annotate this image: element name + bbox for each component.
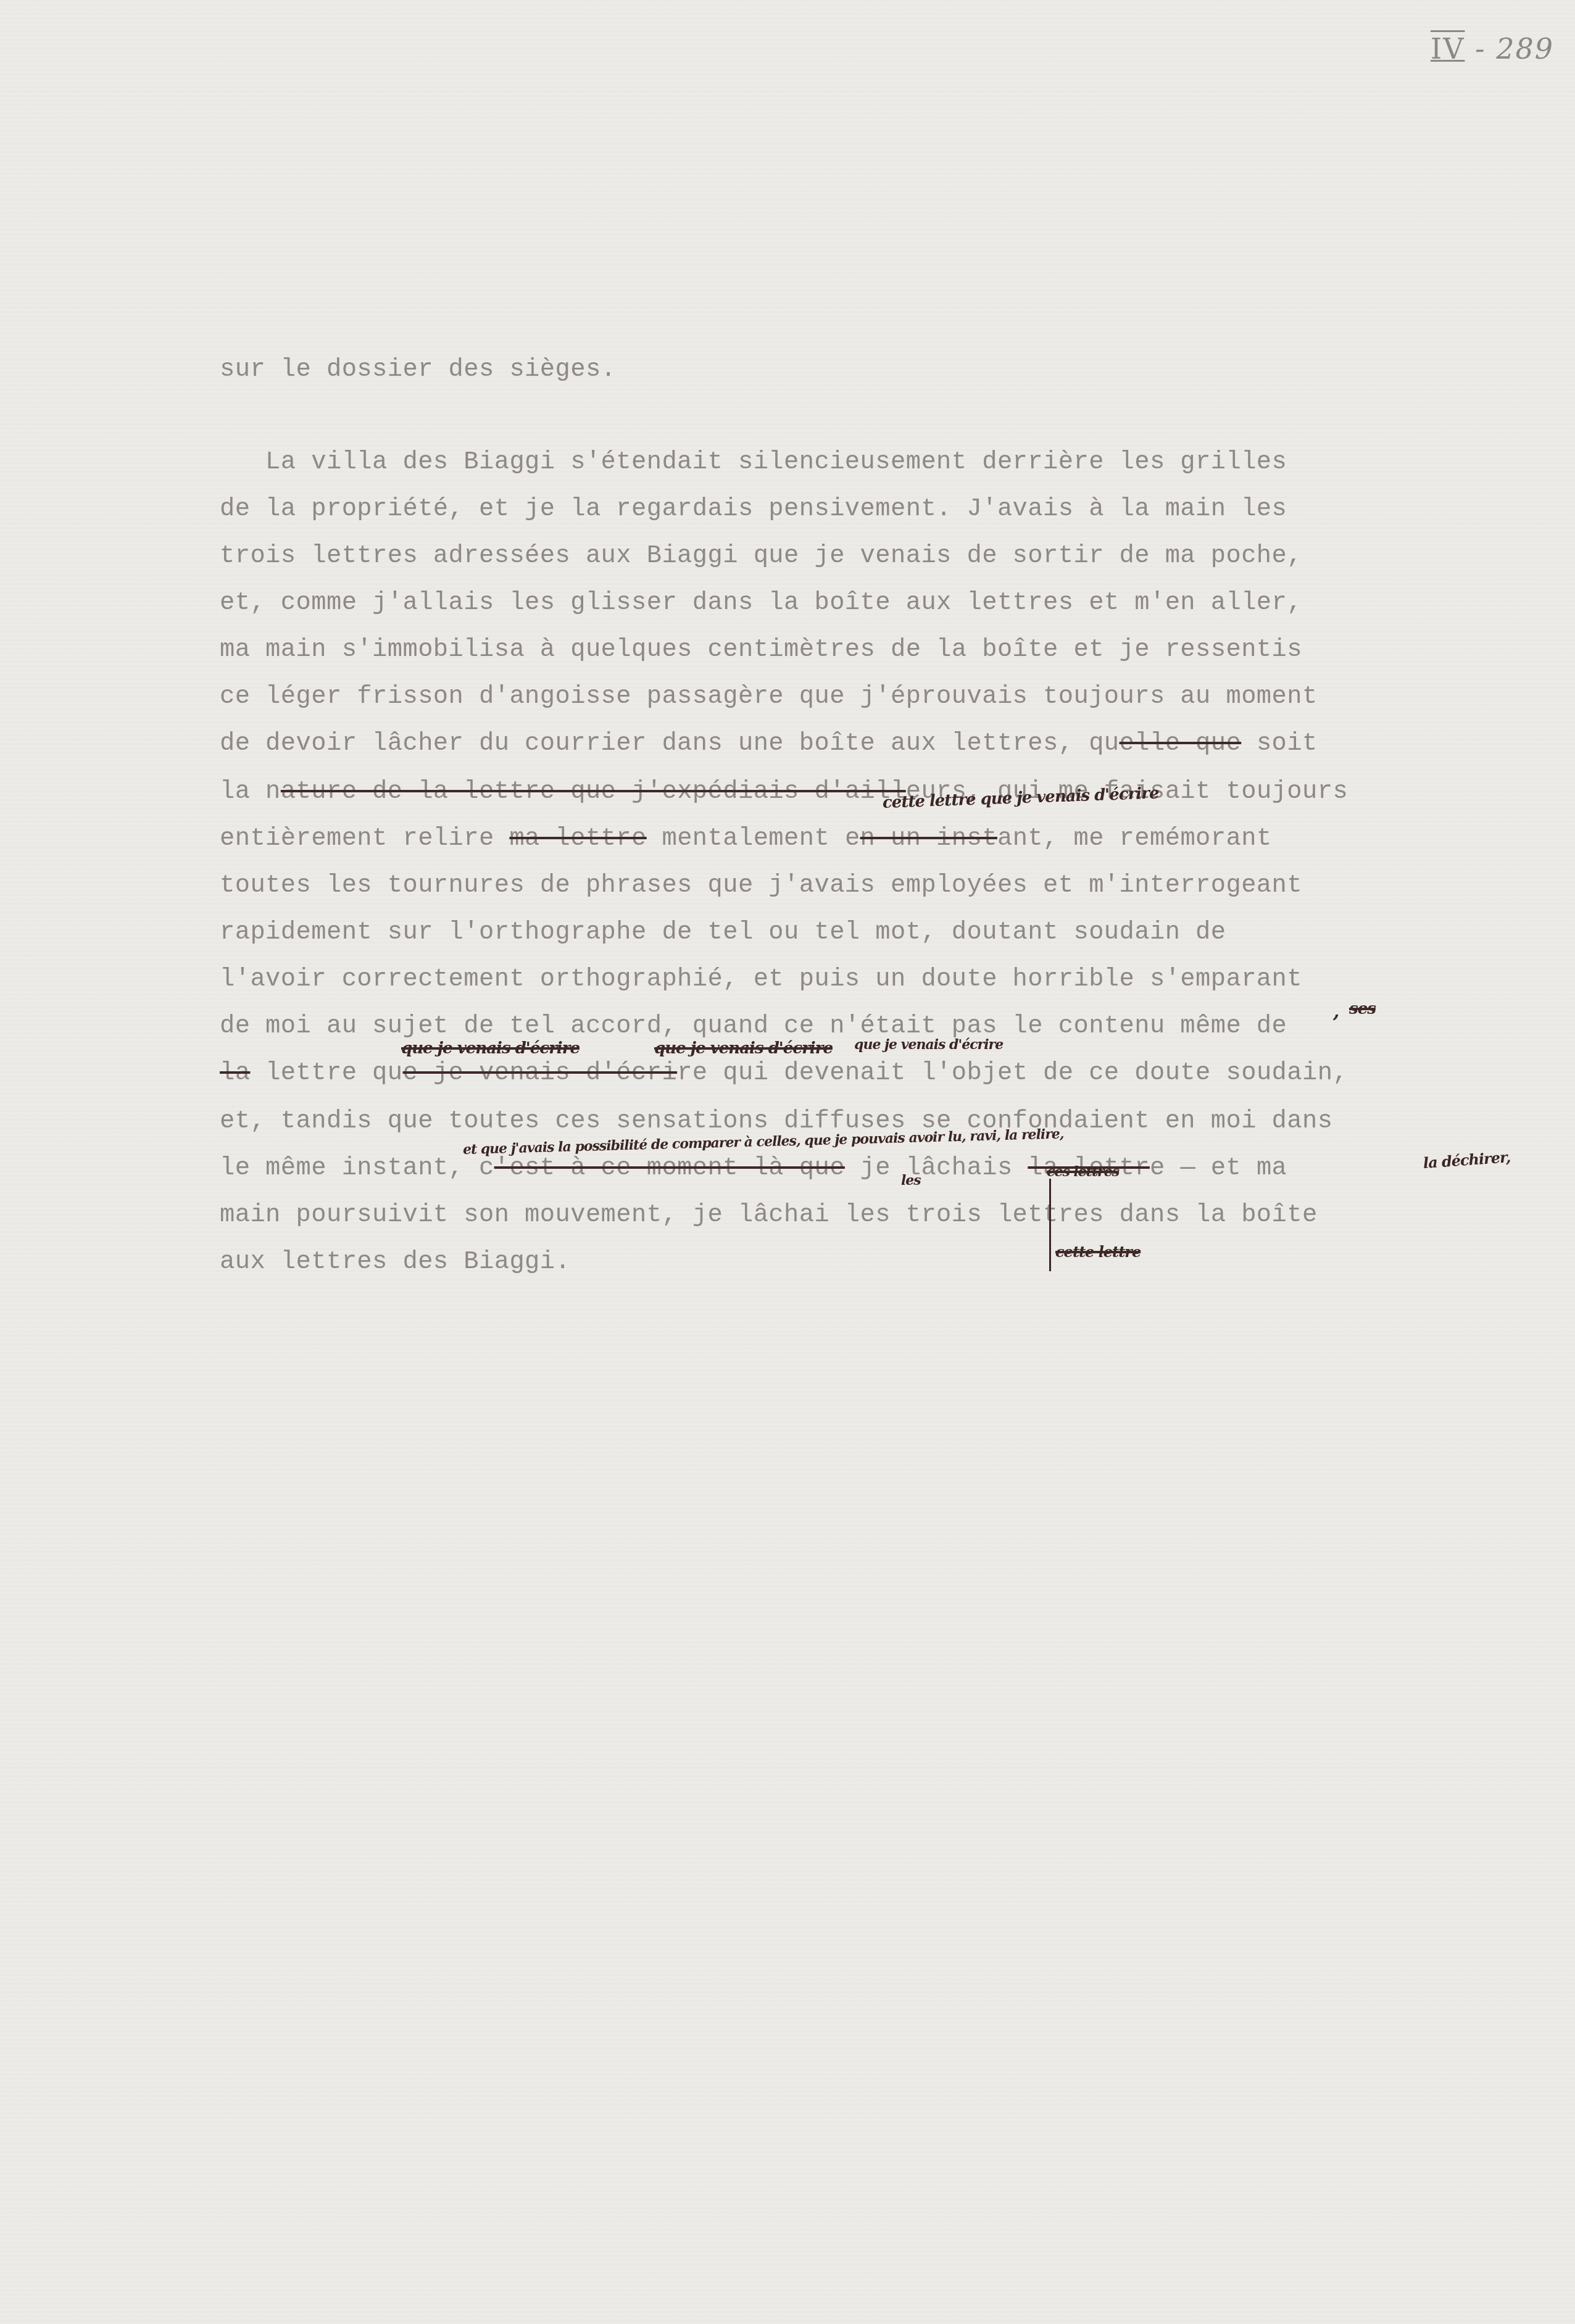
typed-text: ce léger frisson d'angoisse passagère qu… <box>220 683 1318 711</box>
folio-page: 289 <box>1496 32 1554 65</box>
typed-line: la nature de la lettre que j'expédiais d… <box>220 778 1348 806</box>
typed-line: entièrement relire ma lettre mentalement… <box>220 824 1272 853</box>
typed-text: soit <box>1241 729 1318 758</box>
typed-text: sur le dossier des sièges. <box>220 355 616 384</box>
typed-text: lettre qu <box>250 1059 402 1087</box>
typed-text: aux lettres des Biaggi. <box>220 1248 570 1276</box>
typed-text: e — et ma <box>1150 1154 1287 1182</box>
annotation-below-line-18-struck: cette lettre <box>1055 1243 1141 1261</box>
annotation-above-line-15: que je venais d'écrire <box>854 1037 1003 1053</box>
typed-text: de devoir lâcher du courrier dans une bo… <box>220 729 1120 758</box>
typed-text: et, comme j'allais les glisser dans la b… <box>220 589 1302 617</box>
struck-text: n un inst <box>860 824 997 853</box>
typed-text: mentalement e <box>647 824 860 853</box>
typed-text: de moi au sujet de tel accord, quand ce … <box>220 1012 1287 1040</box>
typed-line: trois lettres adressées aux Biaggi que j… <box>220 542 1302 570</box>
struck-text: ature de la lettre que j'expédiais d'ail… <box>281 778 906 806</box>
struck-text: e je venais d'écri <box>402 1059 677 1087</box>
typed-text: ma main s'immobilisa à quelques centimèt… <box>220 636 1302 664</box>
annotation-below-line-17-les: les <box>901 1172 921 1189</box>
typed-text: main poursuivit son mouvement, je lâchai… <box>220 1201 1318 1229</box>
typed-text: la n <box>220 778 281 806</box>
typed-line: l'avoir correctement orthographié, et pu… <box>220 965 1302 994</box>
typed-line: sur le dossier des sièges. <box>220 355 616 384</box>
folio-dash: - <box>1475 32 1486 65</box>
typed-line: toutes les tournures de phrases que j'av… <box>220 871 1302 900</box>
typed-text: ant, me remémorant <box>997 824 1272 853</box>
typed-line: La villa des Biaggi s'étendait silencieu… <box>220 448 1287 476</box>
struck-text: 'est à ce moment-là que <box>494 1154 845 1182</box>
annotation-right-margin-line-17: la déchirer, <box>1423 1148 1511 1172</box>
typed-text: le même instant, c <box>220 1154 494 1182</box>
typed-text: La villa des Biaggi s'étendait silencieu… <box>220 448 1287 476</box>
typed-text: entièrement relire <box>220 824 509 853</box>
annotation-above-line-15-struck-2: que je venais d'écrire <box>654 1039 833 1058</box>
folio-volume: IV <box>1431 32 1465 65</box>
struck-text: elle que <box>1120 729 1242 758</box>
typed-line: de moi au sujet de tel accord, quand ce … <box>220 1012 1287 1040</box>
typed-line: la lettre que je venais d'écrire qui dev… <box>220 1059 1348 1087</box>
typed-line: et, tandis que toutes ces sensations dif… <box>220 1107 1332 1135</box>
annotation-below-line-17-struck: ces lettres <box>1047 1164 1119 1180</box>
typed-line: main poursuivit son mouvement, je lâchai… <box>220 1201 1318 1229</box>
typed-line: ce léger frisson d'angoisse passagère qu… <box>220 683 1318 711</box>
typed-line: rapidement sur l'orthographe de tel ou t… <box>220 918 1226 947</box>
typed-line: et, comme j'allais les glisser dans la b… <box>220 589 1302 617</box>
typed-line: ma main s'immobilisa à quelques centimèt… <box>220 636 1302 664</box>
typed-text: rapidement sur l'orthographe de tel ou t… <box>220 918 1226 947</box>
annotation-end-line-14-struck: ses <box>1349 1000 1376 1018</box>
typed-text: re qui devenait l'objet de ce doute soud… <box>677 1059 1348 1087</box>
typed-text: toutes les tournures de phrases que j'av… <box>220 871 1302 900</box>
insertion-bracket <box>1049 1179 1051 1271</box>
typed-text: trois lettres adressées aux Biaggi que j… <box>220 542 1302 570</box>
annotation-above-line-15-struck-1: que je venais d'écrire <box>401 1039 580 1058</box>
typed-line: le même instant, c'est à ce moment-là qu… <box>220 1154 1287 1182</box>
manuscript-page: IV - 289 sur le dossier des sièges. La v… <box>0 0 1575 2324</box>
typed-text: je lâchais <box>845 1154 1028 1182</box>
struck-text: ma lettre <box>509 824 646 853</box>
typed-text: de la propriété, et je la regardais pens… <box>220 495 1287 523</box>
annotation-end-line-14-mark: , <box>1333 1001 1339 1023</box>
typed-line: de devoir lâcher du courrier dans une bo… <box>220 729 1318 758</box>
folio-number: IV - 289 <box>1431 32 1554 65</box>
typed-line: aux lettres des Biaggi. <box>220 1248 570 1276</box>
typed-line: de la propriété, et je la regardais pens… <box>220 495 1287 523</box>
typed-text: l'avoir correctement orthographié, et pu… <box>220 965 1302 994</box>
struck-text: la <box>220 1059 250 1087</box>
typed-text: et, tandis que toutes ces sensations dif… <box>220 1107 1332 1135</box>
